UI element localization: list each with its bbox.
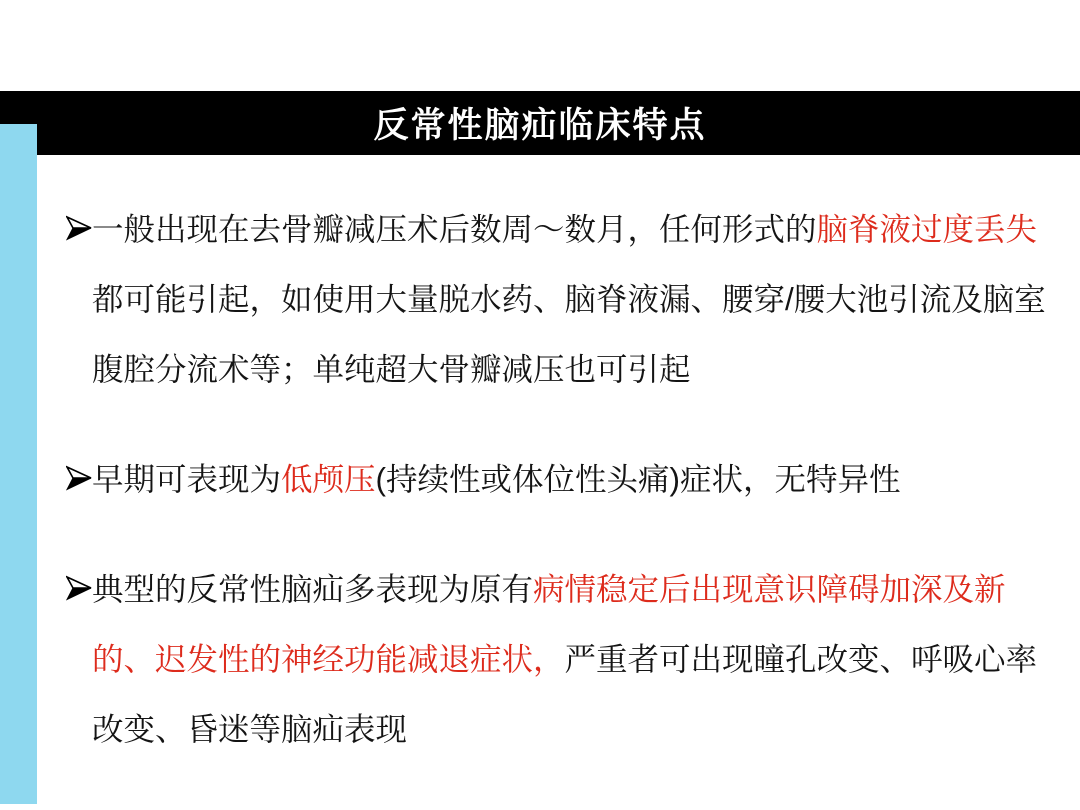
text-line: 一般出现在去骨瓣减压术后数周～数月，任何形式的脑脊液过度丢失	[92, 194, 1046, 264]
text-segment-highlight: 低颅压	[281, 461, 376, 497]
text-line: 都可能引起，如使用大量脱水药、脑脊液漏、腰穿/腰大池引流及脑室	[92, 264, 1046, 334]
text-segment: 早期可表现为	[92, 461, 281, 497]
bullet-item: 典型的反常性脑疝多表现为原有病情稳定后出现意识障碍加深及新 的、迟发性的神经功能…	[66, 554, 1046, 764]
arrowhead-bullet-icon	[66, 215, 92, 241]
left-accent-bar	[0, 124, 37, 804]
text-segment: 改变、昏迷等脑疝表现	[92, 711, 407, 747]
bullet-list: 一般出现在去骨瓣减压术后数周～数月，任何形式的脑脊液过度丢失 都可能引起，如使用…	[66, 194, 1046, 804]
text-line: 早期可表现为低颅压(持续性或体位性头痛)症状，无特异性	[92, 444, 1046, 514]
text-segment: 严重者可出现瞳孔改变、呼吸心率	[565, 641, 1038, 677]
arrowhead-bullet-icon	[66, 465, 92, 491]
title-banner: 反常性脑疝临床特点	[0, 91, 1080, 155]
text-line: 典型的反常性脑疝多表现为原有病情稳定后出现意识障碍加深及新	[92, 554, 1046, 624]
bullet-item: 一般出现在去骨瓣减压术后数周～数月，任何形式的脑脊液过度丢失 都可能引起，如使用…	[66, 194, 1046, 404]
text-line: 腹腔分流术等；单纯超大骨瓣减压也可引起	[92, 334, 1046, 404]
text-segment-highlight: 脑脊液过度丢失	[817, 211, 1038, 247]
text-segment-highlight: 的、迟发性的神经功能减退症状，	[92, 641, 565, 677]
bullet-item: 早期可表现为低颅压(持续性或体位性头痛)症状，无特异性	[66, 444, 1046, 514]
text-segment: 腹腔分流术等；单纯超大骨瓣减压也可引起	[92, 351, 691, 387]
arrowhead-bullet-icon	[66, 575, 92, 601]
text-segment: (持续性或体位性头痛)症状，无特异性	[376, 461, 901, 497]
text-line: 的、迟发性的神经功能减退症状，严重者可出现瞳孔改变、呼吸心率	[92, 624, 1046, 694]
text-segment-highlight: 病情稳定后出现意识障碍加深及新	[533, 571, 1006, 607]
text-segment: 都可能引起，如使用大量脱水药、脑脊液漏、腰穿/腰大池引流及脑室	[92, 281, 1046, 317]
text-segment: 一般出现在去骨瓣减压术后数周～数月，任何形式的	[92, 211, 817, 247]
text-line: 改变、昏迷等脑疝表现	[92, 694, 1046, 764]
page-title: 反常性脑疝临床特点	[373, 98, 706, 148]
text-segment: 典型的反常性脑疝多表现为原有	[92, 571, 533, 607]
slide: 反常性脑疝临床特点 一般出现在去骨瓣减压术后数周～数月，任何形式的脑脊液过度丢失…	[0, 0, 1080, 810]
